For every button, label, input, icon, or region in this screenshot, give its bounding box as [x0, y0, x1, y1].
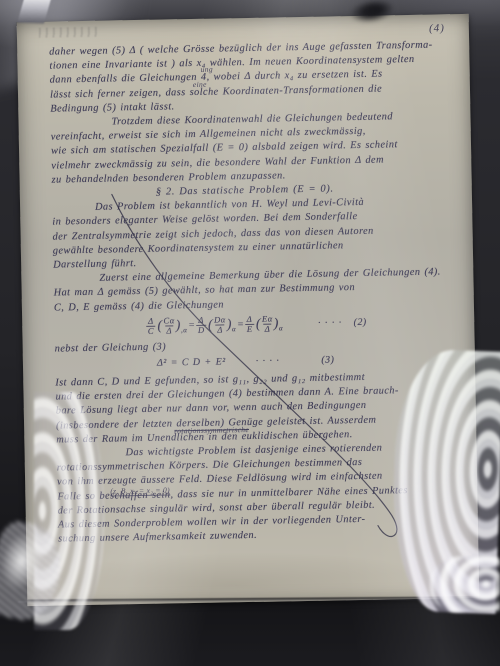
text-block: daher wegen (5) Δ ( welche Grösse bezügl…: [49, 38, 468, 547]
manuscript-sheet: (4) daher wegen (5) Δ ( welche Grösse be…: [17, 14, 480, 606]
fraction: DαΔ: [214, 316, 226, 335]
interline-annotation: ung: [200, 65, 212, 74]
fraction: ΔC: [146, 317, 156, 336]
fraction: ΔD: [196, 316, 206, 335]
page-number: (4): [429, 22, 445, 34]
fraction: CαΔ: [163, 317, 175, 336]
fraction: EαΔ: [262, 315, 273, 334]
framed-manuscript-photo: (4) daher wegen (5) Δ ( welche Grösse be…: [0, 0, 500, 666]
interline-annotation: (z. B. x₁ = x₂ = 0): [110, 485, 170, 496]
interline-annotation: rotationssymmetrische: [174, 425, 249, 435]
interline-annotation: eine: [193, 80, 207, 89]
pencil-smudge: [39, 27, 97, 38]
fraction: ΔE: [245, 315, 254, 334]
